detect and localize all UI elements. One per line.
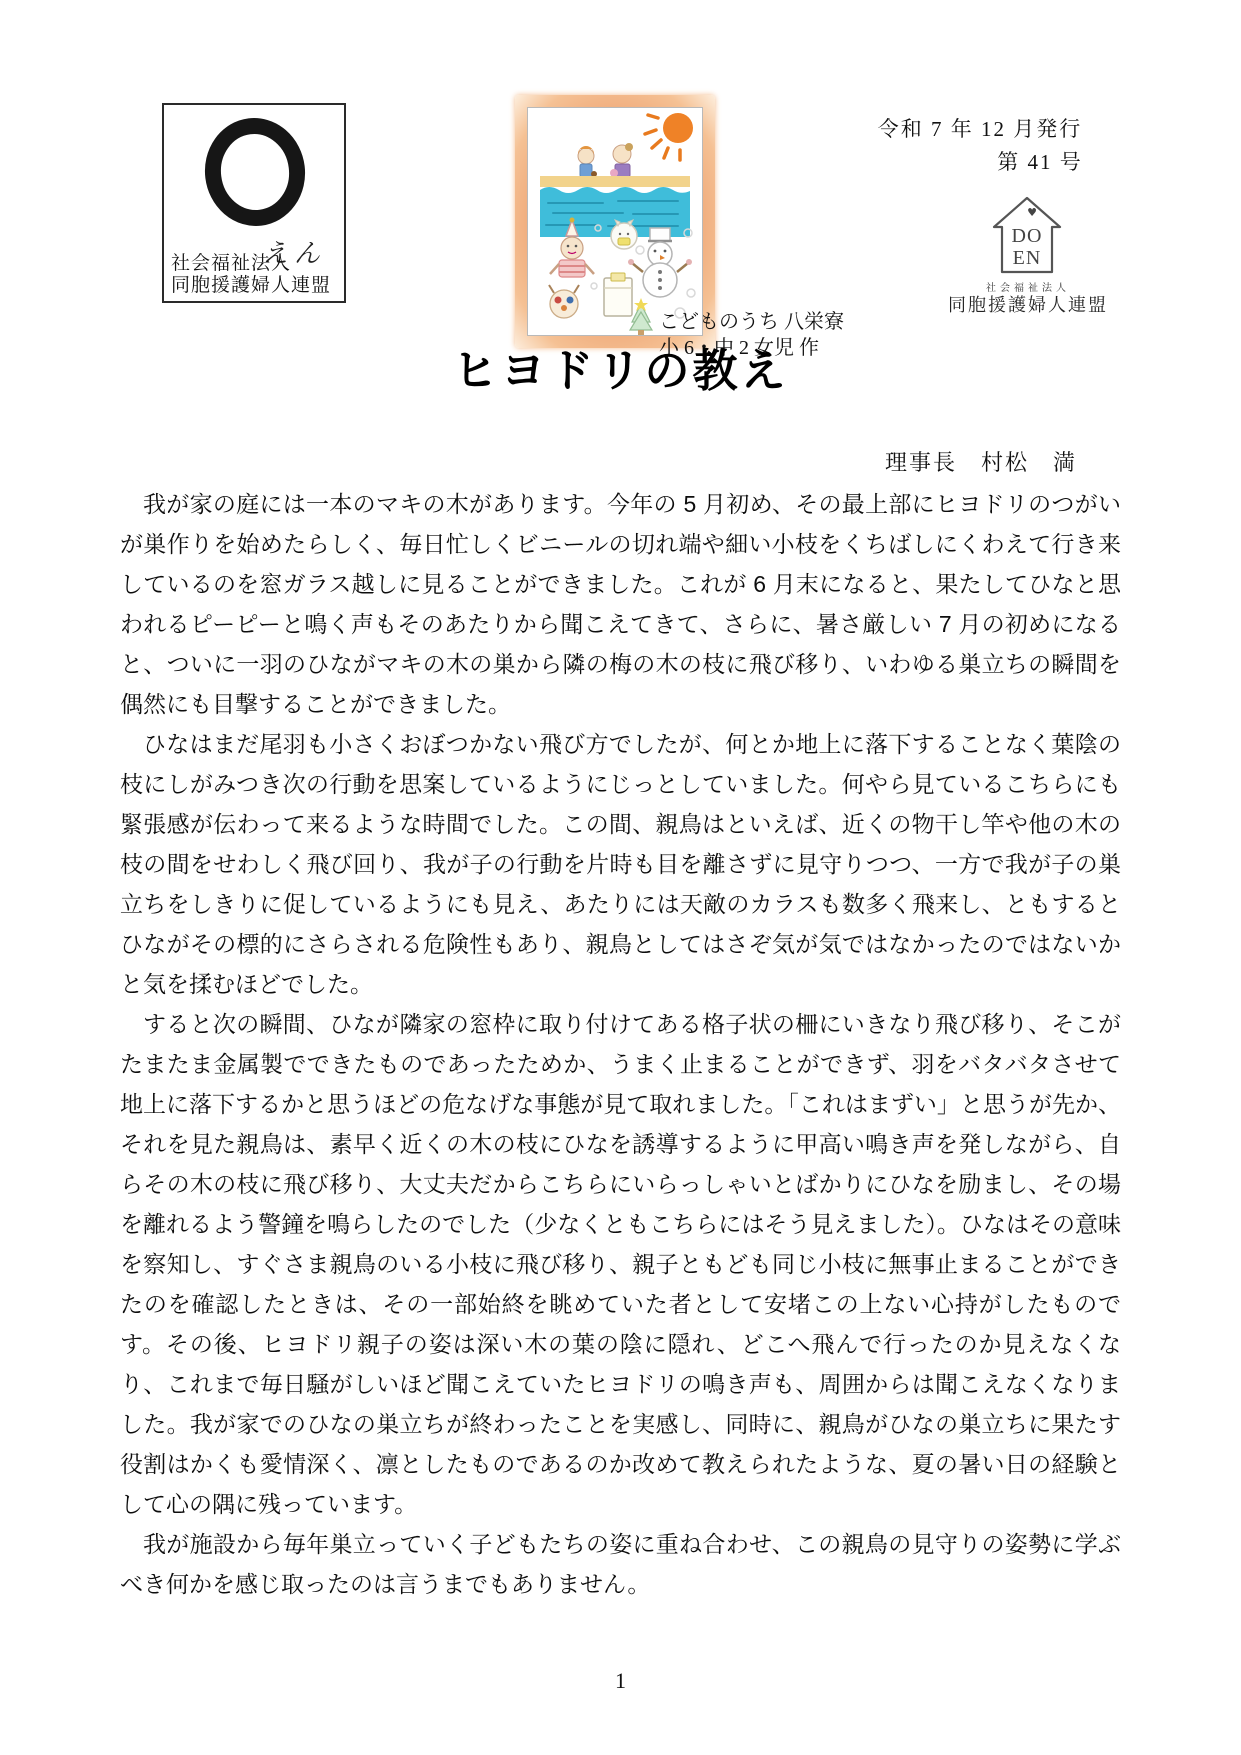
paragraph-3: すると次の瞬間、ひなが隣家の窓枠に取り付けてある格子状の柵にいきなり飛び移り、そ… [120, 1004, 1121, 1524]
issue-number: 第 41 号 [965, 146, 1115, 176]
issue-date: 令和 7 年 12 月発行 [855, 113, 1105, 143]
paragraph-2: ひなはまだ尾羽も小さくおぼつかない飛び方でしたが、何とか地上に落下することなく葉… [120, 724, 1121, 1004]
svg-text:♥: ♥ [1027, 206, 1037, 219]
beach-figures [578, 143, 633, 177]
left-org-line2: 同胞援護婦人連盟 [171, 275, 331, 297]
child-drawing-artwork [527, 107, 703, 336]
newsletter-page: えん 社会福祉法人 同胞援護婦人連盟 [0, 0, 1241, 1755]
right-org-name: 同胞援護婦人連盟 [938, 291, 1118, 317]
hand-drawn-circle-icon [190, 109, 320, 239]
left-org-line1: 社会福祉法人 [171, 253, 331, 275]
artwork-caption-line1: こどものうち 八栄寮 [659, 309, 844, 335]
sand-band [540, 176, 690, 187]
paragraph-1: 我が家の庭には一本のマキの木があります。今年の 5 月初め、その最上部にヒヨドリ… [120, 484, 1121, 724]
house-logo-icon: ♥ DO EN [991, 194, 1063, 276]
svg-text:DO: DO [1012, 225, 1043, 247]
left-org-name: 社会福祉法人 同胞援護婦人連盟 [171, 253, 331, 297]
svg-text:EN: EN [1013, 247, 1042, 269]
sun-icon [645, 113, 693, 160]
article-body: 我が家の庭には一本のマキの木があります。今年の 5 月初め、その最上部にヒヨドリ… [120, 484, 1121, 1604]
article-title: ヒヨドリの教え [0, 334, 1241, 399]
page-number: 1 [0, 1668, 1241, 1694]
left-org-logo-box: えん 社会福祉法人 同胞援護婦人連盟 [162, 103, 346, 303]
paragraph-4: 我が施設から毎年巣立っていく子どもたちの姿に重ね合わせ、この親鳥の見守りの姿勢に… [120, 1524, 1121, 1604]
article-author: 理事長 村松 満 [120, 446, 1077, 477]
